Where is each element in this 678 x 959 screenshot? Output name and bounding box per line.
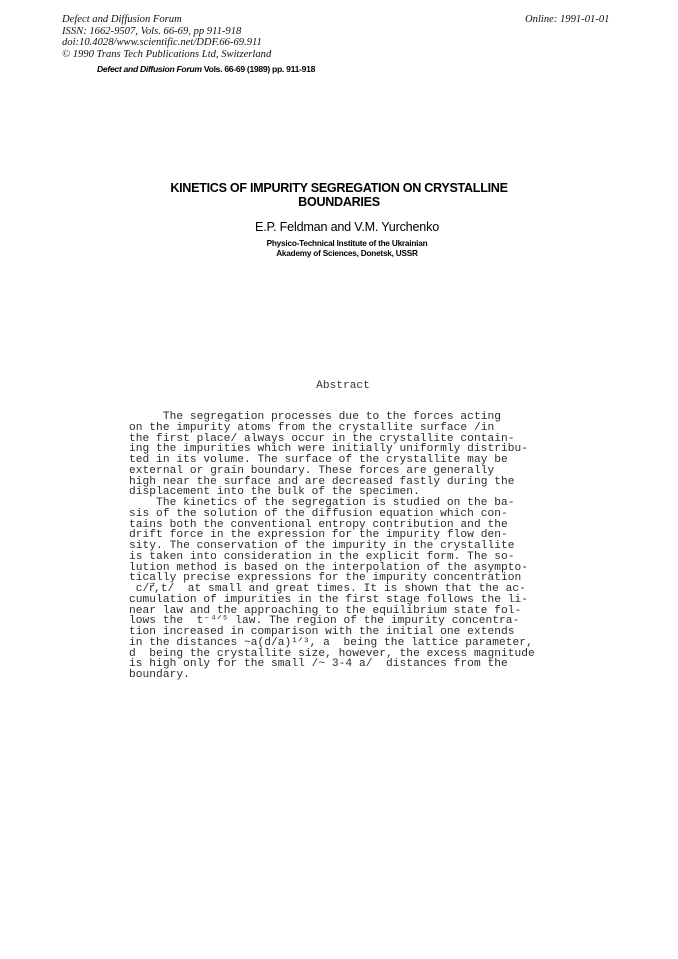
abstract-line: in the distances ~a(d/a)¹ᐟ³, a being the… bbox=[129, 638, 535, 649]
title-line-2: BOUNDARIES bbox=[0, 196, 678, 210]
abstract-line: on the impurity atoms from the crystalli… bbox=[129, 423, 535, 434]
abstract-line: cumulation of impurities in the first st… bbox=[129, 595, 535, 606]
abstract-line: is taken into consideration in the expli… bbox=[129, 552, 535, 563]
publication-metadata: Defect and Diffusion Forum ISSN: 1662-95… bbox=[62, 14, 271, 60]
abstract-heading: Abstract bbox=[0, 380, 678, 392]
affiliation-line-2: Akademy of Sciences, Donetsk, USSR bbox=[16, 249, 678, 259]
online-date: Online: 1991-01-01 bbox=[525, 14, 609, 26]
paper-title: KINETICS OF IMPURITY SEGREGATION ON CRYS… bbox=[0, 182, 678, 209]
journal-name: Defect and Diffusion Forum bbox=[62, 14, 271, 26]
abstract-line: external or grain boundary. These forces… bbox=[129, 466, 535, 477]
title-line-1: KINETICS OF IMPURITY SEGREGATION ON CRYS… bbox=[0, 182, 678, 196]
affiliation-line-1: Physico-Technical Institute of the Ukrai… bbox=[16, 239, 678, 249]
doi-line: doi:10.4028/www.scientific.net/DDF.66-69… bbox=[62, 37, 271, 49]
abstract-line: boundary. bbox=[129, 670, 535, 681]
abstract-line: sis of the solution of the diffusion equ… bbox=[129, 509, 535, 520]
running-head-journal: Defect and Diffusion Forum bbox=[97, 64, 202, 74]
issn-line: ISSN: 1662-9507, Vols. 66-69, pp 911-918 bbox=[62, 26, 271, 38]
copyright-line: © 1990 Trans Tech Publications Ltd, Swit… bbox=[62, 49, 271, 61]
authors: E.P. Feldman and V.M. Yurchenko bbox=[0, 220, 678, 234]
running-head: Defect and Diffusion Forum Vols. 66-69 (… bbox=[97, 64, 315, 74]
abstract-body: The segregation processes due to the for… bbox=[129, 412, 535, 681]
running-head-volumes: Vols. 66-69 (1989) pp. 911-918 bbox=[204, 64, 315, 74]
affiliation: Physico-Technical Institute of the Ukrai… bbox=[0, 239, 678, 259]
